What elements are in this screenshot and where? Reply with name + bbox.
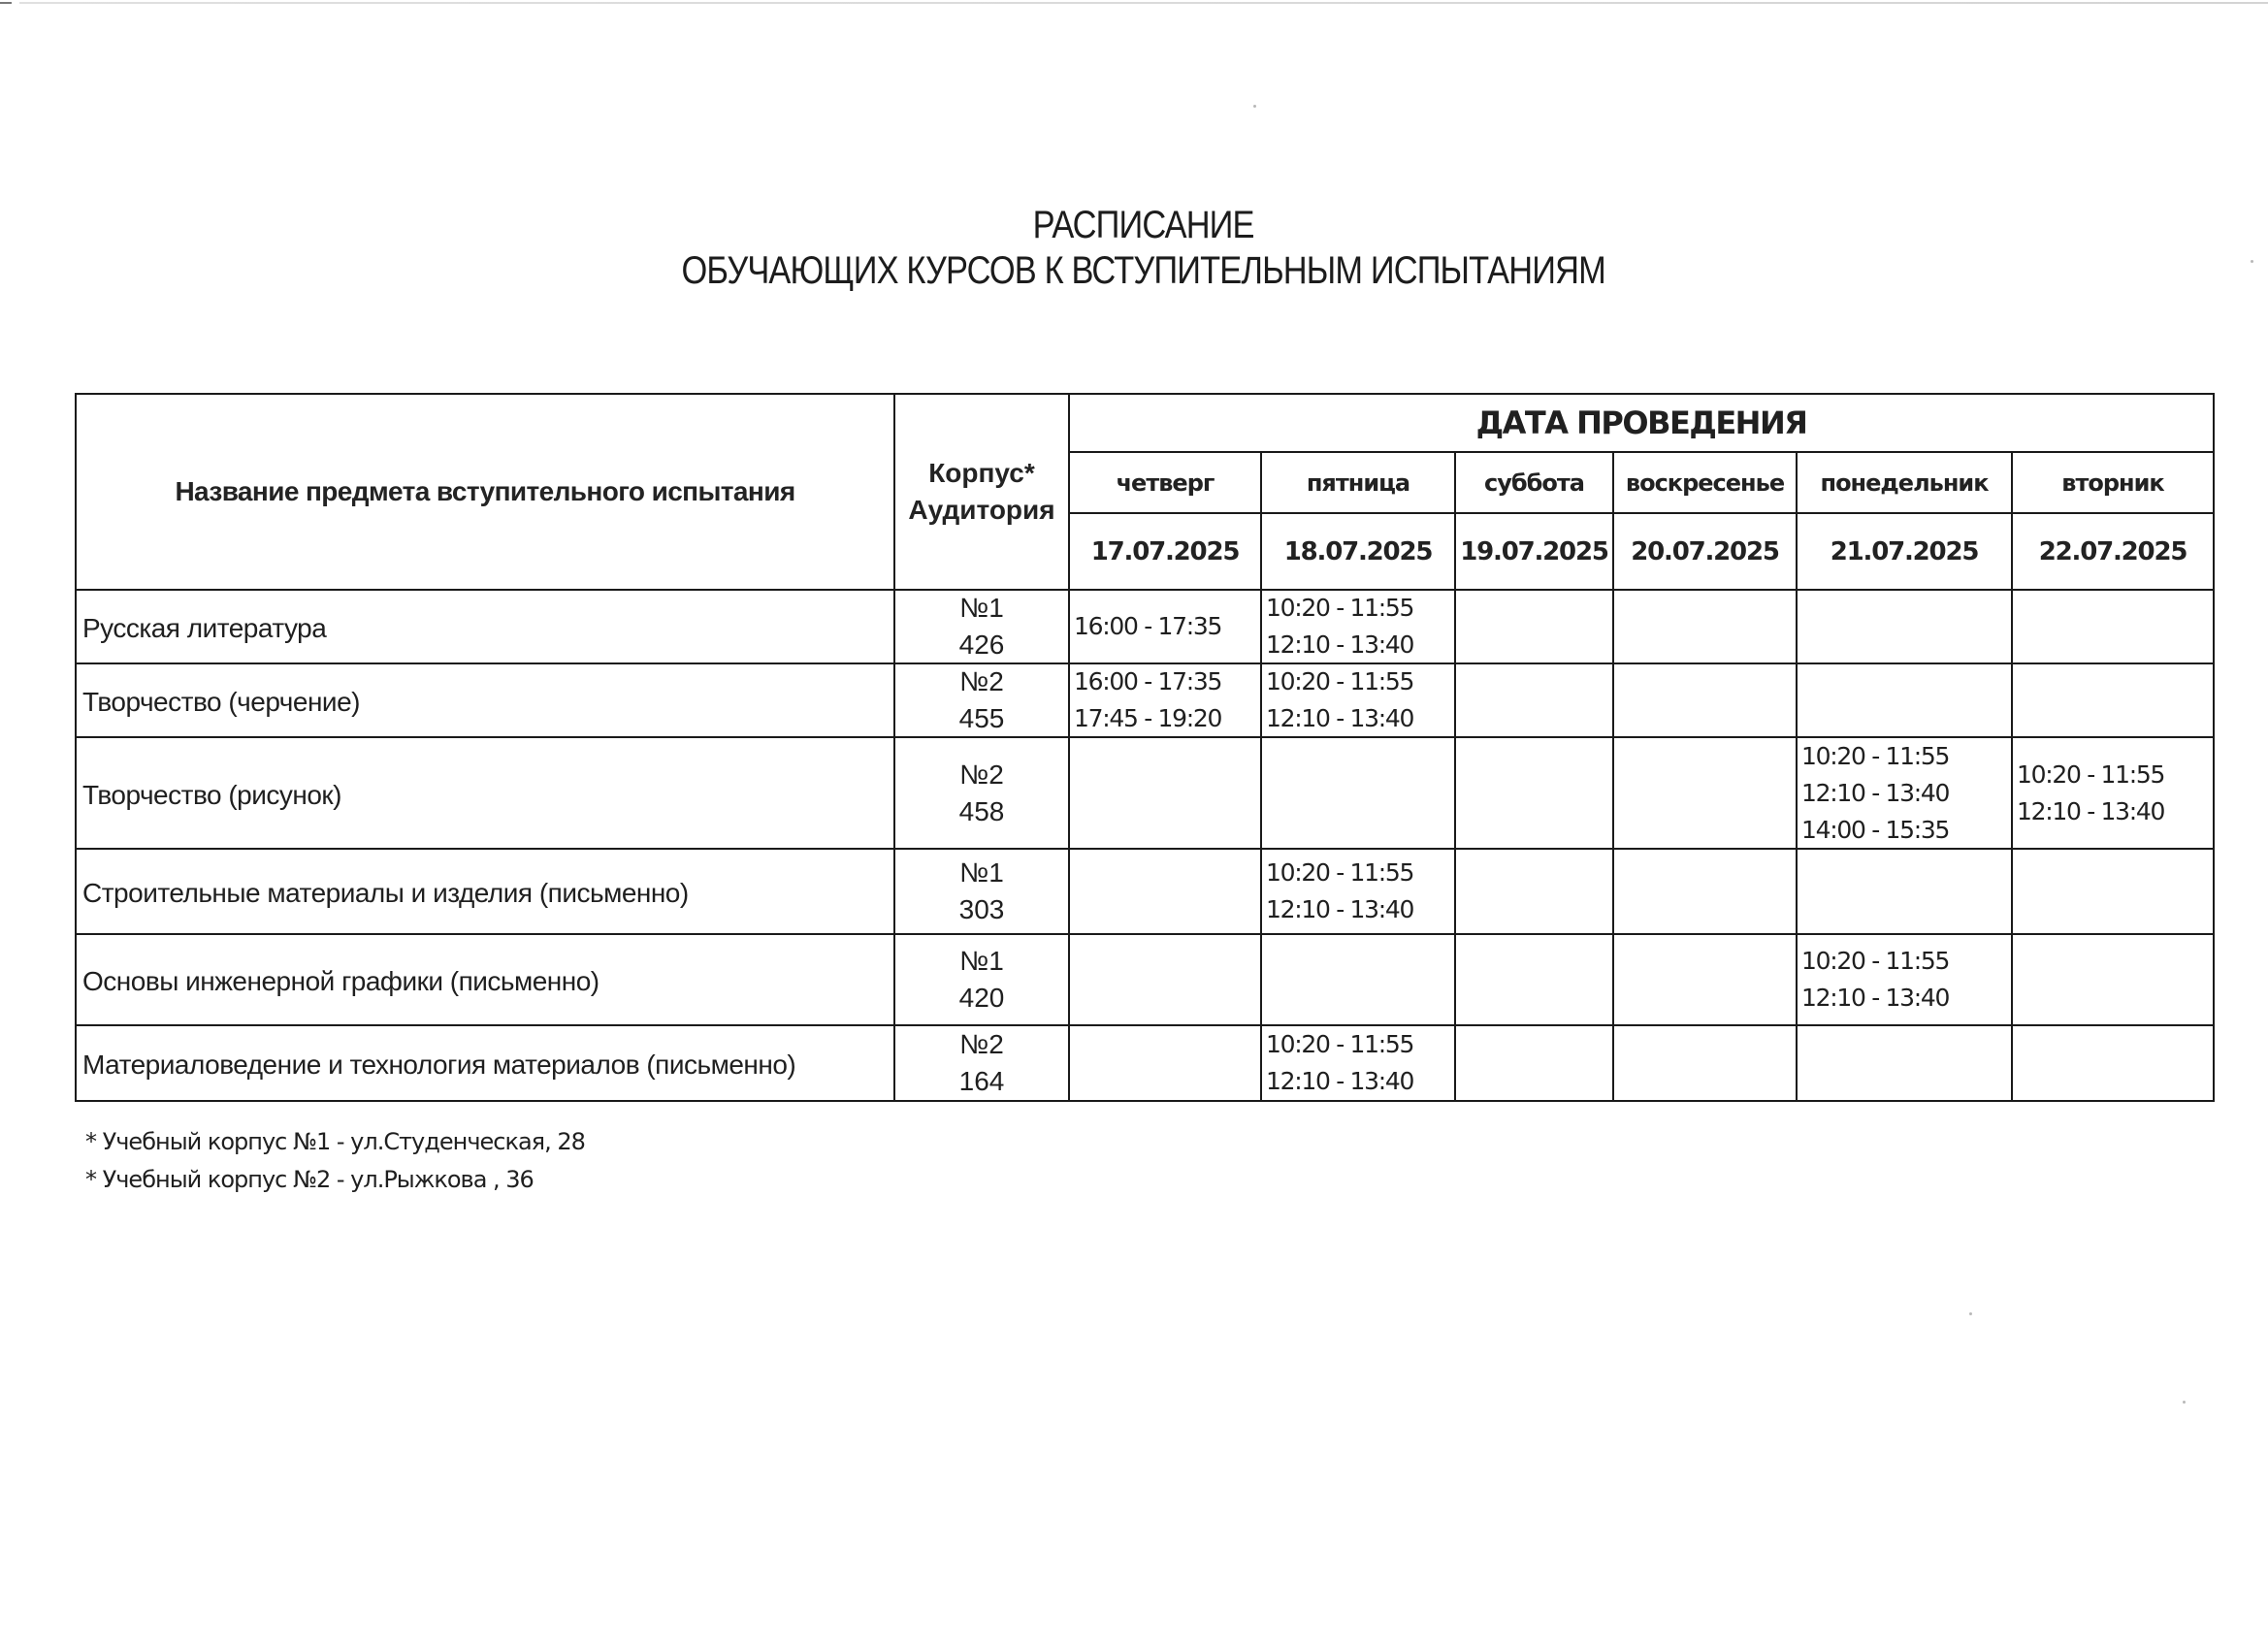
table-row-building-room: №1420 (893, 933, 1070, 1026)
weekday-label: воскресенье (1626, 469, 1784, 497)
header-date: 22.07.2025 (2011, 512, 2215, 591)
schedule-slot-cell (2011, 589, 2215, 664)
subject-label: Русская литература (82, 609, 326, 644)
header-date: 17.07.2025 (1068, 512, 1262, 591)
schedule-slot-cell: 10:20 - 11:5512:10 - 13:40 (2011, 736, 2215, 850)
schedule-slot-cell (1454, 589, 1614, 664)
date-label: 18.07.2025 (1284, 537, 1432, 566)
schedule-slot-cell (1454, 662, 1614, 738)
header-date: 20.07.2025 (1612, 512, 1798, 591)
table-row-subject: Строительные материалы и изделия (письме… (75, 848, 895, 935)
date-label: 20.07.2025 (1631, 537, 1778, 566)
schedule-slot-cell (2011, 848, 2215, 935)
scan-speck (2183, 1401, 2186, 1404)
weekday-label: понедельник (1820, 469, 1988, 497)
table-row-subject: Творчество (рисунок) (75, 736, 895, 850)
subject-label: Строительные материалы и изделия (письме… (82, 874, 689, 909)
table-row-building-room: №1303 (893, 848, 1070, 935)
time-range: 10:20 - 11:55 (1266, 855, 1454, 891)
weekday-label: вторник (2061, 469, 2163, 497)
building-number: №2 (959, 757, 1004, 793)
schedule-slot-cell (2011, 662, 2215, 738)
weekday-label: пятница (1307, 469, 1409, 497)
scan-speck (2251, 260, 2253, 263)
room-number: 164 (959, 1063, 1005, 1100)
room-number: 458 (959, 793, 1005, 830)
table-row-subject: Основы инженерной графики (письменно) (75, 933, 895, 1026)
time-range: 17:45 - 19:20 (1074, 700, 1260, 737)
footnote-building-2: * Учебный корпус №2 - ул.Рыжкова , 36 (85, 1161, 585, 1199)
subject-label: Материаловедение и технология материалов… (82, 1046, 795, 1081)
table-row-building-room: №2164 (893, 1024, 1070, 1102)
date-label: 17.07.2025 (1091, 537, 1239, 566)
room-number: 303 (959, 891, 1005, 928)
table-row-subject: Материаловедение и технология материалов… (75, 1024, 895, 1102)
room-number: 426 (959, 627, 1005, 663)
table-row-building-room: №2458 (893, 736, 1070, 850)
scan-speck (1969, 1312, 1972, 1315)
schedule-slot-cell: 10:20 - 11:5512:10 - 13:40 (1260, 1024, 1456, 1102)
building-number: №1 (959, 943, 1004, 980)
header-weekday: вторник (2011, 451, 2215, 514)
date-label: 21.07.2025 (1831, 537, 1978, 566)
schedule-slot-cell (1454, 1024, 1614, 1102)
header-date: 19.07.2025 (1454, 512, 1614, 591)
schedule-slot-cell (1796, 848, 2013, 935)
header-subject: Название предмета вступительного испытан… (75, 393, 895, 591)
header-room-label: Аудитория (908, 492, 1054, 529)
header-date: 18.07.2025 (1260, 512, 1456, 591)
schedule-slot-cell: 16:00 - 17:35 (1068, 589, 1262, 664)
schedule-slot-cell: 10:20 - 11:5512:10 - 13:40 (1796, 933, 2013, 1026)
header-weekday: суббота (1454, 451, 1614, 514)
time-range: 12:10 - 13:40 (1266, 1063, 1454, 1100)
table-row-subject: Русская литература (75, 589, 895, 664)
building-number: №1 (959, 590, 1004, 627)
header-date-group: ДАТА ПРОВЕДЕНИЯ (1068, 393, 2215, 453)
schedule-slot-cell (1260, 736, 1456, 850)
time-range: 12:10 - 13:40 (2017, 793, 2213, 830)
schedule-slot-cell (1068, 933, 1262, 1026)
schedule-slot-cell (1612, 933, 1798, 1026)
schedule-slot-cell: 10:20 - 11:5512:10 - 13:40 (1260, 848, 1456, 935)
time-range: 10:20 - 11:55 (1801, 943, 2011, 980)
schedule-slot-cell (1454, 736, 1614, 850)
time-range: 10:20 - 11:55 (1266, 590, 1454, 627)
schedule-slot-cell (1796, 589, 2013, 664)
date-label: 22.07.2025 (2039, 537, 2187, 566)
time-range: 10:20 - 11:55 (2017, 757, 2213, 793)
schedule-slot-cell (1068, 736, 1262, 850)
header-building-label: Корпус* (928, 455, 1035, 492)
time-range: 16:00 - 17:35 (1074, 663, 1260, 700)
schedule-table: Название предмета вступительного испытан… (0, 0, 2268, 1648)
schedule-slot-cell (1796, 662, 2013, 738)
header-weekday: пятница (1260, 451, 1456, 514)
building-number: №1 (959, 855, 1004, 891)
time-range: 12:10 - 13:40 (1266, 627, 1454, 663)
subject-label: Основы инженерной графики (письменно) (82, 962, 599, 997)
schedule-slot-cell (1068, 1024, 1262, 1102)
room-number: 420 (959, 980, 1005, 1017)
header-weekday: воскресенье (1612, 451, 1798, 514)
weekday-label: четверг (1117, 469, 1215, 497)
time-range: 16:00 - 17:35 (1074, 608, 1260, 645)
scan-speck (1253, 105, 1256, 108)
schedule-slot-cell (1454, 848, 1614, 935)
schedule-slot-cell (1796, 1024, 2013, 1102)
table-row-building-room: №1426 (893, 589, 1070, 664)
schedule-slot-cell (1612, 589, 1798, 664)
schedule-slot-cell: 10:20 - 11:5512:10 - 13:40 (1260, 589, 1456, 664)
schedule-slot-cell: 10:20 - 11:5512:10 - 13:4014:00 - 15:35 (1796, 736, 2013, 850)
schedule-slot-cell: 10:20 - 11:5512:10 - 13:40 (1260, 662, 1456, 738)
building-number: №2 (959, 1026, 1004, 1063)
table-row-building-room: №2455 (893, 662, 1070, 738)
schedule-slot-cell (1612, 736, 1798, 850)
header-date-group-label: ДАТА ПРОВЕДЕНИЯ (1476, 404, 1807, 441)
time-range: 14:00 - 15:35 (1801, 812, 2011, 849)
date-label: 19.07.2025 (1460, 537, 1607, 566)
weekday-label: суббота (1484, 469, 1584, 497)
subject-label: Творчество (черчение) (82, 683, 360, 718)
table-row-subject: Творчество (черчение) (75, 662, 895, 738)
time-range: 10:20 - 11:55 (1266, 1026, 1454, 1063)
header-weekday: четверг (1068, 451, 1262, 514)
schedule-slot-cell (2011, 933, 2215, 1026)
time-range: 12:10 - 13:40 (1266, 891, 1454, 928)
header-weekday: понедельник (1796, 451, 2013, 514)
header-subject-label: Название предмета вступительного испытан… (175, 476, 794, 507)
schedule-slot-cell (1612, 662, 1798, 738)
schedule-slot-cell (1454, 933, 1614, 1026)
schedule-slot-cell (2011, 1024, 2215, 1102)
header-building-room: Корпус* Аудитория (893, 393, 1070, 591)
schedule-slot-cell (1612, 1024, 1798, 1102)
building-number: №2 (959, 663, 1004, 700)
room-number: 455 (959, 700, 1005, 737)
schedule-slot-cell (1068, 848, 1262, 935)
header-date: 21.07.2025 (1796, 512, 2013, 591)
subject-label: Творчество (рисунок) (82, 776, 341, 811)
time-range: 10:20 - 11:55 (1801, 738, 2011, 775)
time-range: 12:10 - 13:40 (1801, 775, 2011, 812)
schedule-slot-cell (1260, 933, 1456, 1026)
time-range: 10:20 - 11:55 (1266, 663, 1454, 700)
schedule-slot-cell (1612, 848, 1798, 935)
schedule-slot-cell: 16:00 - 17:3517:45 - 19:20 (1068, 662, 1262, 738)
time-range: 12:10 - 13:40 (1266, 700, 1454, 737)
footnotes: * Учебный корпус №1 - ул.Студенческая, 2… (85, 1123, 585, 1199)
time-range: 12:10 - 13:40 (1801, 980, 2011, 1017)
footnote-building-1: * Учебный корпус №1 - ул.Студенческая, 2… (85, 1123, 585, 1161)
